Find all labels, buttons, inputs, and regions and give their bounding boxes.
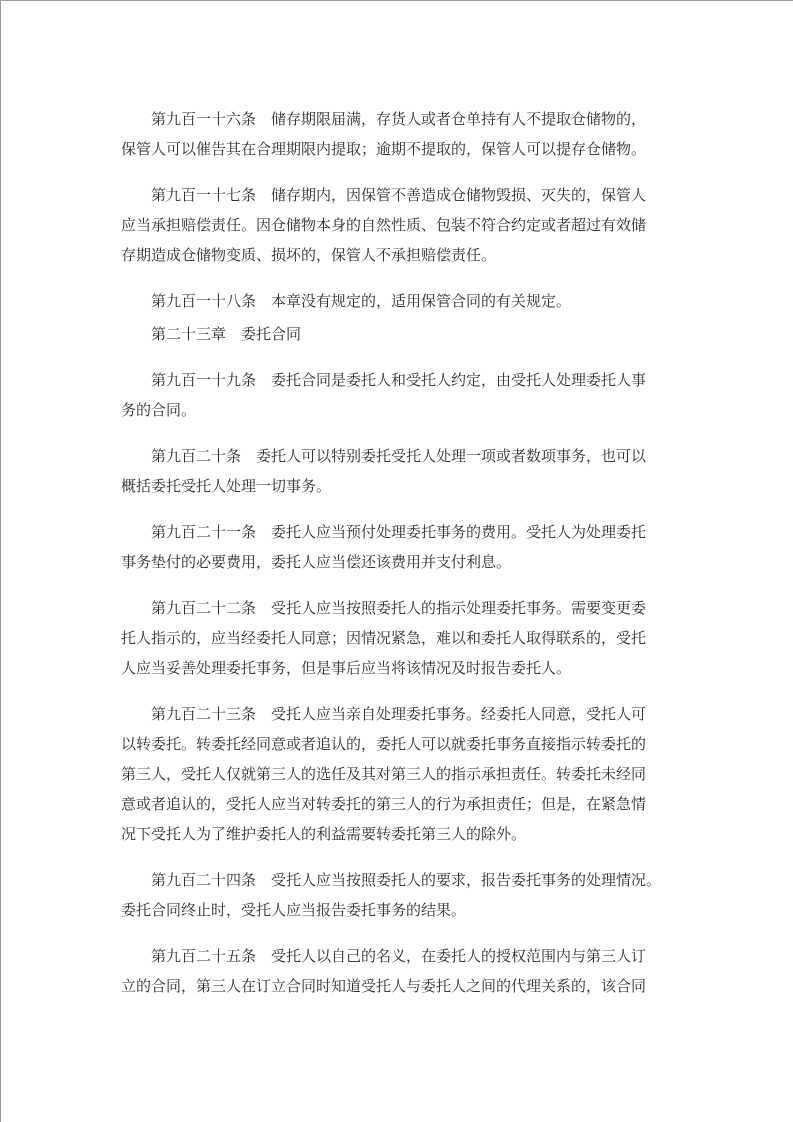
paragraph-spacer	[121, 349, 681, 365]
paragraph-spacer	[121, 270, 681, 286]
article-920: 第九百二十条 委托人可以特别委托受托人处理一项或者数项事务，也可以 概括委托受托…	[121, 441, 681, 501]
article-917-line-1: 第九百一十七条 储存期内，因保管不善造成仓储物毁损、灭失的，保管人	[121, 180, 681, 210]
article-923-line-1: 第九百二十三条 受托人应当亲自处理委托事务。经委托人同意，受托人可	[121, 699, 681, 729]
article-924: 第九百二十四条 受托人应当按照委托人的要求，报告委托事务的处理情况。 委托合同终…	[121, 865, 681, 925]
paragraph-spacer	[121, 925, 681, 941]
article-923-line-3: 第三人，受托人仅就第三人的选任及其对第三人的指示承担责任。转委托未经同	[121, 759, 681, 789]
paragraph-spacer	[121, 849, 681, 865]
article-917-line-3: 存期造成仓储物变质、损坏的，保管人不承担赔偿责任。	[121, 240, 681, 270]
article-916-line-2: 保管人可以催告其在合理期限内提取；逾期不提取的，保管人可以提存仓储物。	[121, 134, 681, 164]
article-925-line-2: 立的合同，第三人在订立合同时知道受托人与委托人之间的代理关系的，该合同	[121, 971, 681, 1001]
chapter-heading: 第二十三章 委托合同	[121, 319, 681, 349]
article-920-line-1: 第九百二十条 委托人可以特别委托受托人处理一项或者数项事务，也可以	[121, 441, 681, 471]
article-918-line-1: 第九百一十八条 本章没有规定的，适用保管合同的有关规定。	[121, 286, 681, 316]
paragraph-spacer	[121, 577, 681, 593]
document-body: 第九百一十六条 储存期限届满，存货人或者仓单持有人不提取仓储物的， 保管人可以催…	[121, 104, 681, 1001]
article-925-line-1: 第九百二十五条 受托人以自己的名义，在委托人的授权范围内与第三人订	[121, 941, 681, 971]
article-919-line-1: 第九百一十九条 委托合同是委托人和受托人约定，由受托人处理委托人事	[121, 365, 681, 395]
paragraph-spacer	[121, 164, 681, 180]
article-921-line-2: 事务垫付的必要费用，委托人应当偿还该费用并支付利息。	[121, 547, 681, 577]
article-920-line-2: 概括委托受托人处理一切事务。	[121, 471, 681, 501]
article-922-line-1: 第九百二十二条 受托人应当按照委托人的指示处理委托事务。需要变更委	[121, 593, 681, 623]
chapter-23-title: 第二十三章 委托合同	[121, 319, 681, 349]
article-916: 第九百一十六条 储存期限届满，存货人或者仓单持有人不提取仓储物的， 保管人可以催…	[121, 104, 681, 164]
article-922: 第九百二十二条 受托人应当按照委托人的指示处理委托事务。需要变更委 托人指示的，…	[121, 593, 681, 683]
article-923: 第九百二十三条 受托人应当亲自处理委托事务。经委托人同意，受托人可 以转委托。转…	[121, 699, 681, 849]
paragraph-spacer	[121, 683, 681, 699]
article-917: 第九百一十七条 储存期内，因保管不善造成仓储物毁损、灭失的，保管人 应当承担赔偿…	[121, 180, 681, 270]
article-923-line-4: 意或者追认的，受托人应当对转委托的第三人的行为承担责任；但是，在紧急情	[121, 789, 681, 819]
article-922-line-3: 人应当妥善处理委托事务，但是事后应当将该情况及时报告委托人。	[121, 653, 681, 683]
article-916-line-1: 第九百一十六条 储存期限届满，存货人或者仓单持有人不提取仓储物的，	[121, 104, 681, 134]
paragraph-spacer	[121, 501, 681, 517]
article-921: 第九百二十一条 委托人应当预付处理委托事务的费用。受托人为处理委托 事务垫付的必…	[121, 517, 681, 577]
article-918: 第九百一十八条 本章没有规定的，适用保管合同的有关规定。	[121, 286, 681, 316]
article-919: 第九百一十九条 委托合同是委托人和受托人约定，由受托人处理委托人事 务的合同。	[121, 365, 681, 425]
paragraph-spacer	[121, 425, 681, 441]
article-923-line-5: 况下受托人为了维护委托人的利益需要转委托第三人的除外。	[121, 819, 681, 849]
article-917-line-2: 应当承担赔偿责任。因仓储物本身的自然性质、包装不符合约定或者超过有效储	[121, 210, 681, 240]
article-919-line-2: 务的合同。	[121, 395, 681, 425]
article-923-line-2: 以转委托。转委托经同意或者追认的，委托人可以就委托事务直接指示转委托的	[121, 729, 681, 759]
article-924-line-2: 委托合同终止时，受托人应当报告委托事务的结果。	[121, 895, 681, 925]
article-925: 第九百二十五条 受托人以自己的名义，在委托人的授权范围内与第三人订 立的合同，第…	[121, 941, 681, 1001]
article-921-line-1: 第九百二十一条 委托人应当预付处理委托事务的费用。受托人为处理委托	[121, 517, 681, 547]
article-922-line-2: 托人指示的，应当经委托人同意；因情况紧急，难以和委托人取得联系的，受托	[121, 623, 681, 653]
article-924-line-1: 第九百二十四条 受托人应当按照委托人的要求，报告委托事务的处理情况。	[121, 865, 681, 895]
document-page: 第九百一十六条 储存期限届满，存货人或者仓单持有人不提取仓储物的， 保管人可以催…	[0, 0, 793, 1122]
